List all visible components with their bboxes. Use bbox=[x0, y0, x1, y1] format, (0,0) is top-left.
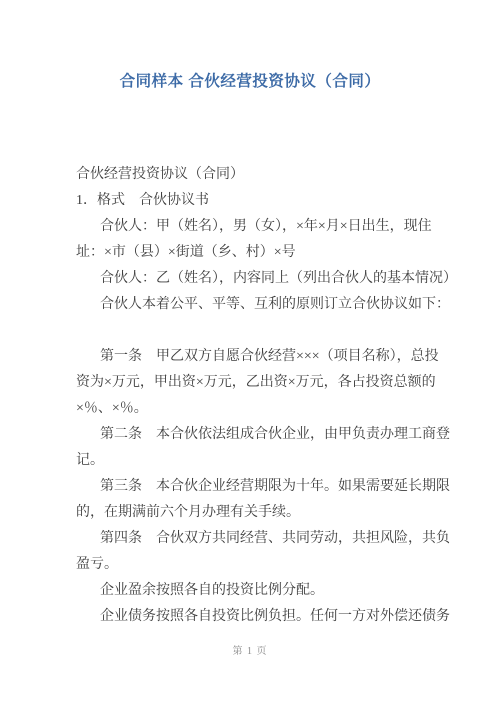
doc-line: 1．格式 合伙协议书 bbox=[76, 188, 468, 214]
doc-line: 第二条 本合伙依法组成合伙企业，由甲负责办理工商登 bbox=[76, 422, 468, 448]
doc-line: 记。 bbox=[76, 448, 468, 474]
doc-line: 合伙人本着公平、平等、互利的原则订立合伙协议如下： bbox=[76, 292, 468, 318]
doc-line: 的，在期满前六个月办理有关手续。 bbox=[76, 500, 468, 526]
document-page: 合同样本 合伙经营投资协议（合同） 合伙经营投资协议（合同） 1．格式 合伙协议… bbox=[0, 0, 500, 708]
doc-line: 企业债务按照各自投资比例负担。任何一方对外偿还债务 bbox=[76, 604, 468, 630]
doc-line: 第四条 合伙双方共同经营、共同劳动，共担风险，共负 bbox=[76, 526, 468, 552]
document-body: 合伙经营投资协议（合同） 1．格式 合伙协议书 合伙人：甲（姓名），男（女），×… bbox=[76, 162, 468, 630]
blank-line bbox=[76, 318, 468, 344]
doc-line: 第三条 本合伙企业经营期限为十年。如果需要延长期限 bbox=[76, 474, 468, 500]
doc-line: ×％、×％。 bbox=[76, 396, 468, 422]
doc-line: 合伙人：甲（姓名），男（女），×年×月×日出生，现住 bbox=[76, 214, 468, 240]
doc-line: 第一条 甲乙双方自愿合伙经营×××（项目名称），总投 bbox=[76, 344, 468, 370]
page-number: 第 1 页 bbox=[0, 644, 500, 660]
doc-line: 盈亏。 bbox=[76, 552, 468, 578]
doc-line: 企业盈余按照各自的投资比例分配。 bbox=[76, 578, 468, 604]
page-title: 合同样本 合伙经营投资协议（合同） bbox=[0, 70, 500, 94]
doc-line: 址：×市（县）×街道（乡、村）×号 bbox=[76, 240, 468, 266]
doc-line: 合伙经营投资协议（合同） bbox=[76, 162, 468, 188]
doc-line: 合伙人：乙（姓名），内容同上（列出合伙人的基本情况） bbox=[76, 266, 468, 292]
doc-line: 资为×万元，甲出资×万元，乙出资×万元，各占投资总额的 bbox=[76, 370, 468, 396]
